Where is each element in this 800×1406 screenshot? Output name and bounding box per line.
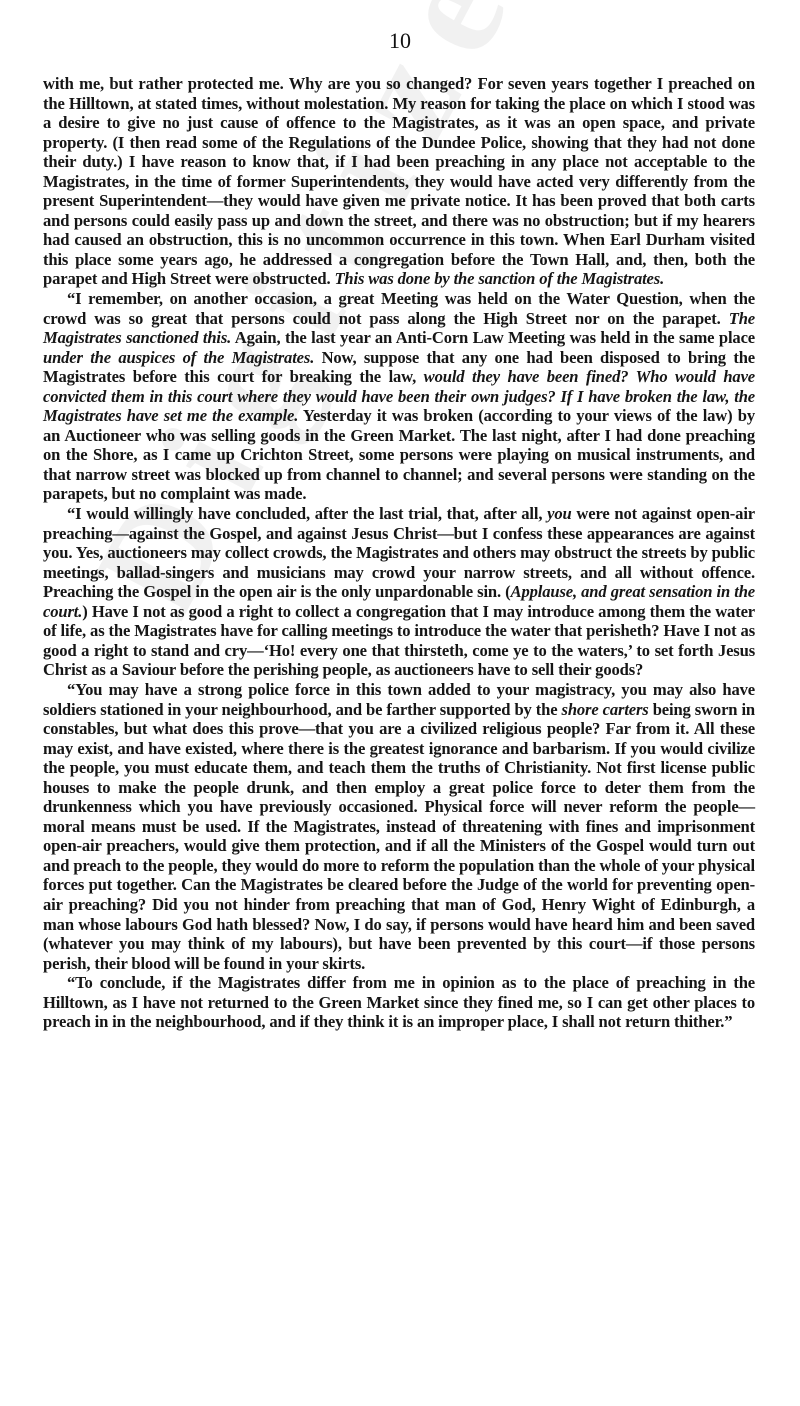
page-number: 10 xyxy=(0,28,800,54)
paragraph: “You may have a strong police force in t… xyxy=(43,680,755,973)
paragraph: “I remember, on another occasion, a grea… xyxy=(43,289,755,504)
text-run: “To conclude, if the Magistrates differ … xyxy=(43,973,755,1031)
italic-text: shore carters xyxy=(562,700,649,719)
document-page: Digitized 10 with me, but rather protect… xyxy=(0,0,800,1406)
italic-text: This was done by the sanction of the Mag… xyxy=(334,269,664,288)
text-run: ) Have I not as good a right to collect … xyxy=(43,602,755,680)
text-run: with me, but rather protected me. Why ar… xyxy=(43,74,755,288)
paragraph: “I would willingly have concluded, after… xyxy=(43,504,755,680)
paragraph: with me, but rather protected me. Why ar… xyxy=(43,74,755,289)
text-run: Again, the last year an Anti-Corn Law Me… xyxy=(231,328,755,347)
italic-text: you xyxy=(547,504,571,523)
paragraph: “To conclude, if the Magistrates differ … xyxy=(43,973,755,1032)
text-run: being sworn in constables, but what does… xyxy=(43,700,755,973)
italic-text: under the auspices of the Magistrates. xyxy=(43,348,314,367)
text-run: “I would willingly have concluded, after… xyxy=(67,504,547,523)
text-run: “I remember, on another occasion, a grea… xyxy=(43,289,755,328)
body-text: with me, but rather protected me. Why ar… xyxy=(43,74,755,1032)
